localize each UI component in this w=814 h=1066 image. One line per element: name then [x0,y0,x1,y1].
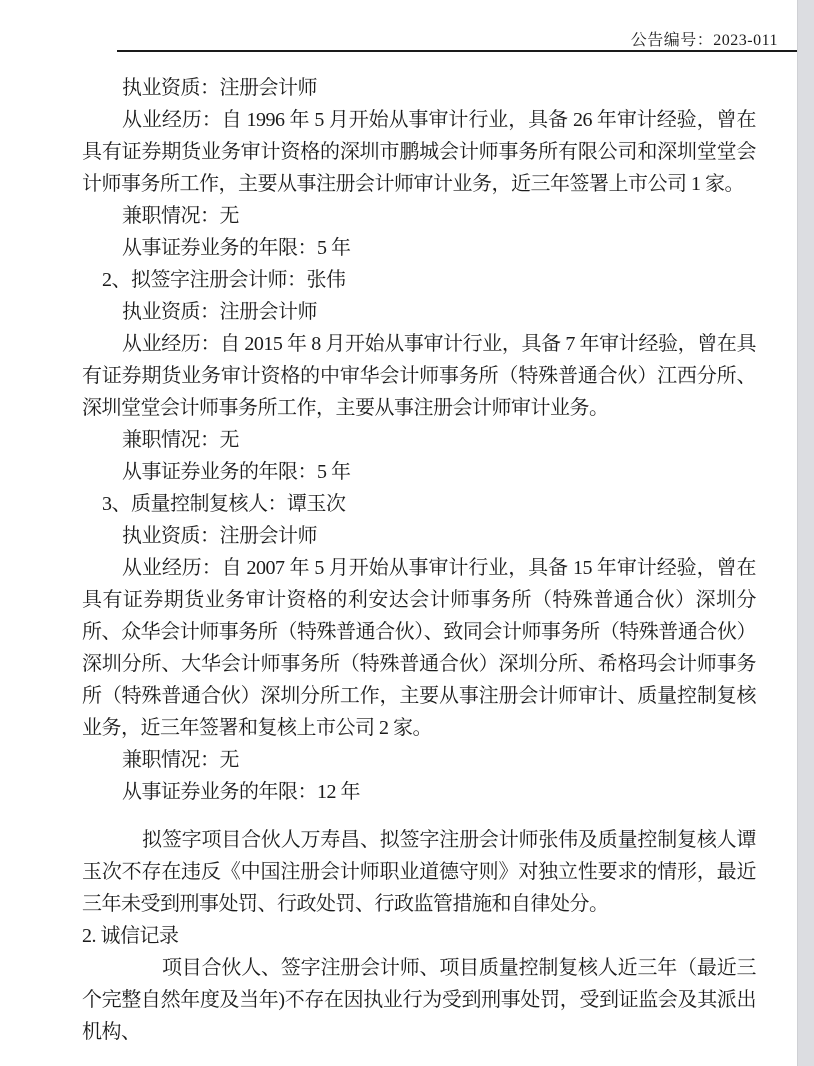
paragraph-experience-1: 从业经历：自 1996 年 5 月开始从事审计行业，具备 26 年审计经验，曾在… [82,104,756,200]
header-divider-rule [117,50,797,52]
paragraph-years-2: 从事证券业务的年限：5 年 [82,456,756,488]
paragraph-years-3: 从事证券业务的年限：12 年 [82,776,756,808]
paragraph-experience-3: 从业经历：自 2007 年 5 月开始从事审计行业，具备 15 年审计经验，曾在… [82,552,756,744]
list-item-quality-reviewer: 3、质量控制复核人：谭玉次 [82,488,756,520]
paragraph-parttime-3: 兼职情况：无 [82,744,756,776]
paragraph-parttime-1: 兼职情况：无 [82,200,756,232]
paragraph-qualification-3: 执业资质：注册会计师 [82,520,756,552]
list-item-signing-cpa: 2、拟签字注册会计师：张伟 [82,264,756,296]
heading-integrity-record: 2. 诚信记录 [82,920,756,952]
paragraph-parttime-2: 兼职情况：无 [82,424,756,456]
announcement-number: 公告编号：2023-011 [117,27,778,50]
paragraph-qualification-1: 执业资质：注册会计师 [82,72,756,104]
paragraph-independence: 拟签字项目合伙人万寿昌、拟签字注册会计师张伟及质量控制复核人谭玉次不存在违反《中… [82,824,756,920]
paragraph-experience-2: 从业经历：自 2015 年 8 月开始从事审计行业，具备 7 年审计经验，曾在具… [82,328,756,424]
paragraph-years-1: 从事证券业务的年限：5 年 [82,232,756,264]
page-right-edge [797,0,814,1066]
paragraph-qualification-2: 执业资质：注册会计师 [82,296,756,328]
document-body: 执业资质：注册会计师 从业经历：自 1996 年 5 月开始从事审计行业，具备 … [82,72,756,1048]
document-page: 公告编号：2023-011 执业资质：注册会计师 从业经历：自 1996 年 5… [0,0,814,1066]
paragraph-integrity-detail: 项目合伙人、签字注册会计师、项目质量控制复核人近三年（最近三个完整自然年度及当年… [82,952,756,1048]
